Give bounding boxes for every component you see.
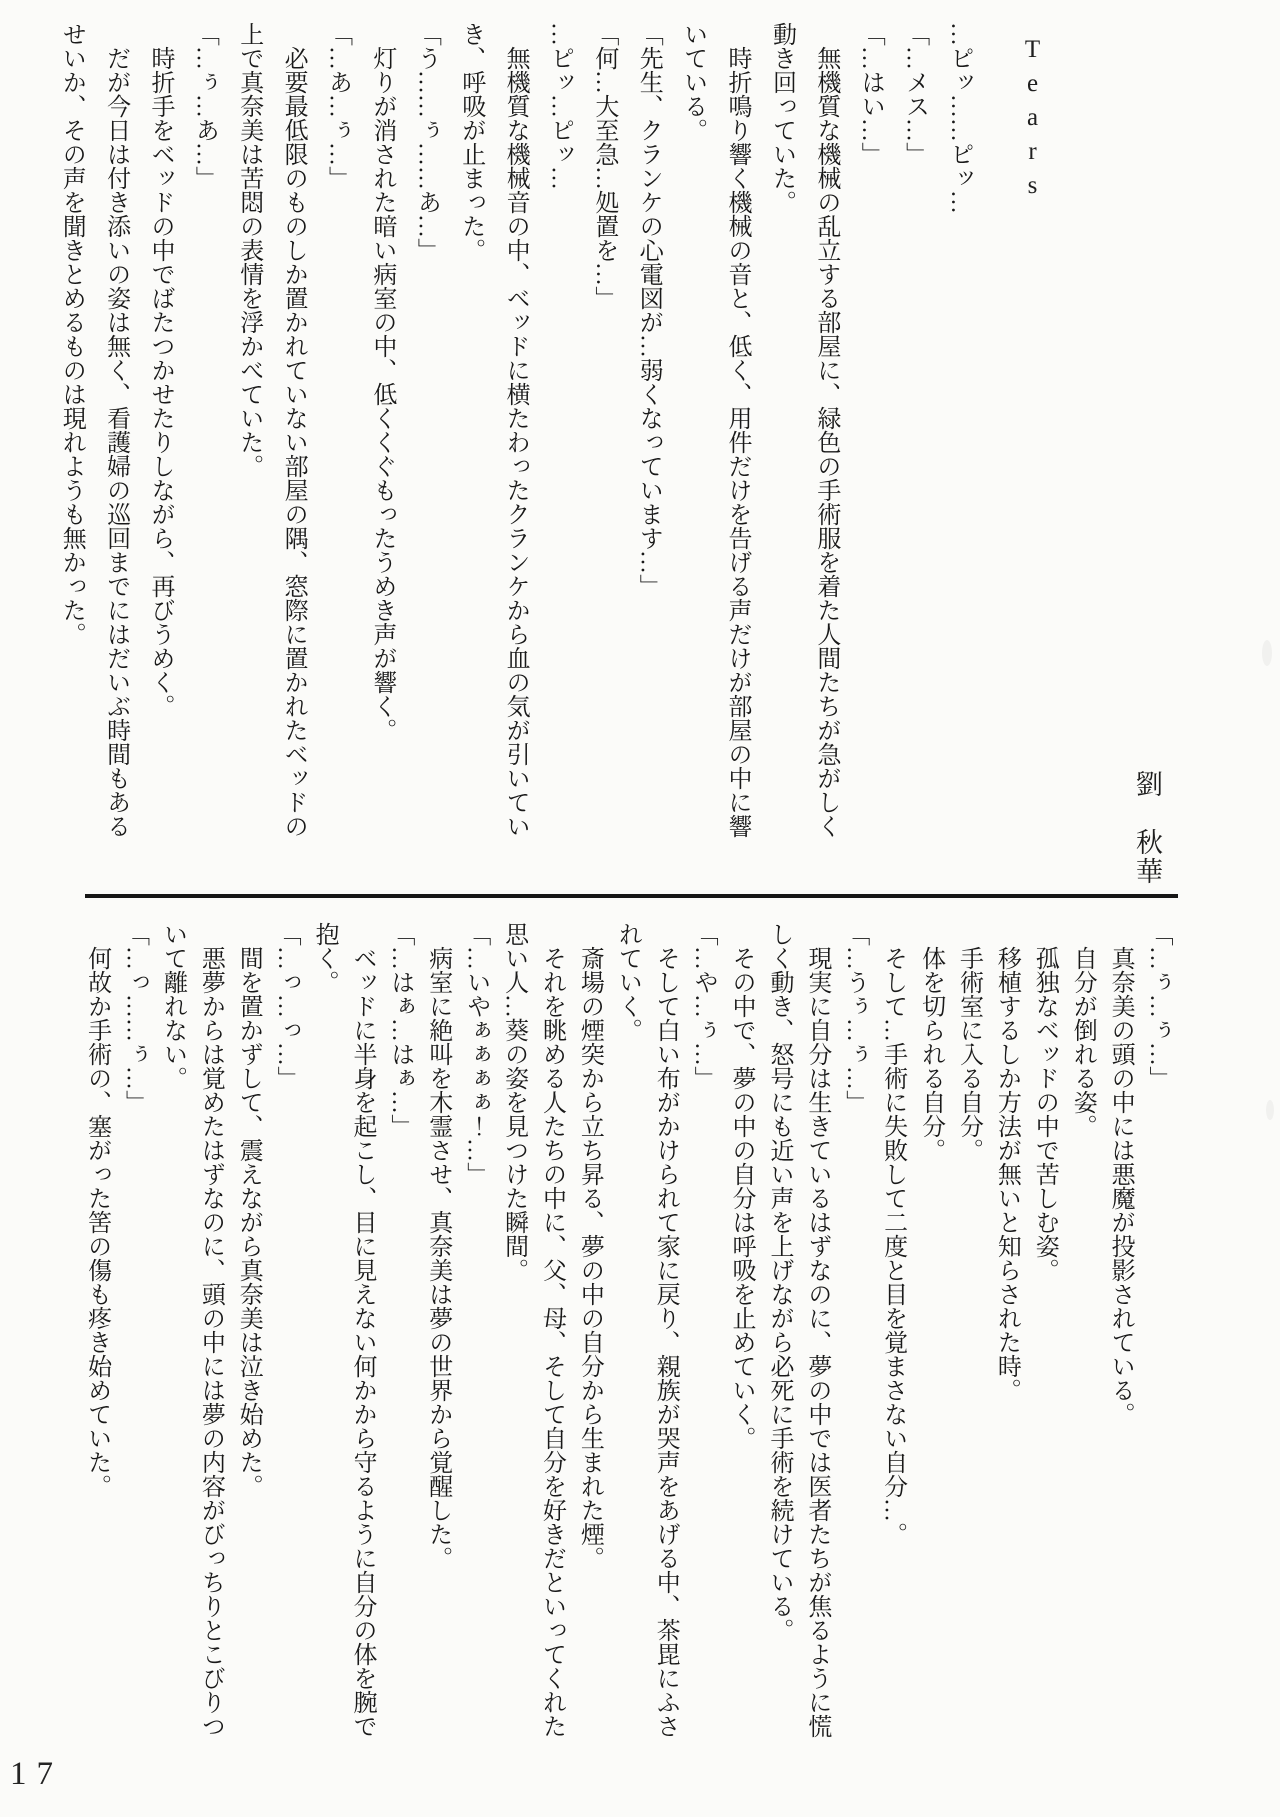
- paragraph-narration: 孤独なベッドの中で苦しむ姿。: [1024, 922, 1062, 1750]
- paragraph-sound: …ピッ…ピッ…: [537, 22, 581, 850]
- story-block-bottom: 「…ぅ…ぅ…」真奈美の頭の中には悪魔が投影されている。自分が倒れる姿。孤独なベッ…: [72, 922, 1176, 1750]
- paragraph-narration: そして白い布がかけられて家に戻り、親族が哭声をあげる中、茶毘にふされていく。: [607, 922, 683, 1750]
- paragraph-narration: ベッドに半身を起こし、目に見えない何かから守るように自分の体を腕で抱く。: [304, 922, 380, 1750]
- paragraph-dialogue: 「先生、クランケの心電図が…弱くなっています…」: [626, 22, 670, 850]
- paragraph-narration: 必要最低限のものしか置かれていない部屋の隅、窓際に置かれたベッドの上で真奈美は苦…: [226, 22, 315, 850]
- section-divider: [85, 894, 1178, 898]
- paragraph-narration: 体を切られる自分。: [911, 922, 949, 1750]
- paragraph-narration: 悪夢からは覚めたはずなのに、頭の中には夢の内容がびっちりとこびりついて離れない。: [153, 922, 229, 1750]
- paragraph-narration: 灯りが消された暗い病室の中、低くくぐもったうめき声が響く。: [360, 22, 404, 850]
- page-number: 17: [10, 1756, 63, 1793]
- paragraph-narration: 何故か手術の、塞がった筈の傷も疼き始めていた。: [77, 922, 115, 1750]
- paragraph-dialogue: 「…っ…っ…」: [266, 922, 304, 1750]
- story-title: Tears: [1018, 36, 1046, 206]
- paragraph-narration: 現実に自分は生きているはずなのに、夢の中では医者たちが焦るように慌しく動き、怒号…: [759, 922, 835, 1750]
- paragraph-narration: 手術室に入る自分。: [949, 922, 987, 1750]
- paragraph-dialogue: 「…っ……ぅ…」: [115, 922, 153, 1750]
- paragraph-narration: だが今日は付き添いの姿は無く、看護婦の巡回までにはだいぶ時間もあるせいか、その声…: [49, 22, 138, 850]
- paragraph-sound: …ピッ……ピッ…: [937, 22, 981, 850]
- scan-smudge: [1266, 1100, 1274, 1120]
- paragraph-narration: その中で、夢の中の自分は呼吸を止めていく。: [721, 922, 759, 1750]
- paragraph-dialogue: 「…はい…」: [848, 22, 892, 850]
- paragraph-dialogue: 「…ぅ…ぅ…」: [1138, 922, 1176, 1750]
- paragraph-narration: 斎場の煙突から立ち昇る、夢の中の自分から生まれた煙。: [570, 922, 608, 1750]
- paragraph-dialogue: 「…うぅ…ぅ…」: [835, 922, 873, 1750]
- paragraph-dialogue: 「…ぅ…あ…」: [182, 22, 226, 850]
- story-block-top: …ピッ……ピッ…「…メス…」「…はい…」無機質な機械の乱立する部屋に、緑色の手術…: [45, 22, 981, 850]
- paragraph-dialogue: 「…メス…」: [892, 22, 936, 850]
- paragraph-narration: それを眺める人たちの中に、父、母、そして自分を好きだといってくれた思い人…葵の姿…: [494, 922, 570, 1750]
- paragraph-narration: 移植するしか方法が無いと知らされた時。: [986, 922, 1024, 1750]
- paragraph-narration: 時折手をベッドの中でばたつかせたりしながら、再びうめく。: [138, 22, 182, 850]
- paragraph-dialogue: 「何…大至急…処置を…」: [581, 22, 625, 850]
- scanned-novel-page: Tears 劉 秋華 …ピッ……ピッ…「…メス…」「…はい…」無機質な機械の乱立…: [0, 0, 1280, 1817]
- paragraph-narration: 時折鳴り響く機械の音と、低く、用件だけを告げる声だけが部屋の中に響いている。: [670, 22, 759, 850]
- paragraph-narration: 病室に絶叫を木霊させ、真奈美は夢の世界から覚醒した。: [418, 922, 456, 1750]
- paragraph-narration: 無機質な機械音の中、ベッドに横たわったクランケから血の気が引いていき、呼吸が止ま…: [448, 22, 537, 850]
- paragraph-narration: そして…手術に失敗して二度と目を覚まさない自分…。: [873, 922, 911, 1750]
- paragraph-narration: 無機質な機械の乱立する部屋に、緑色の手術服を着た人間たちが急がしく動き回っていた…: [759, 22, 848, 850]
- paragraph-dialogue: 「…あ…ぅ…」: [315, 22, 359, 850]
- paragraph-narration: 間を置かずして、震えながら真奈美は泣き始めた。: [228, 922, 266, 1750]
- paragraph-dialogue: 「う……ぅ……あ…」: [404, 22, 448, 850]
- scan-smudge: [1262, 640, 1272, 666]
- paragraph-dialogue: 「…や…ぅ…」: [683, 922, 721, 1750]
- author-name: 劉 秋華: [1128, 770, 1167, 886]
- paragraph-dialogue: 「…はぁ…はぁ…」: [380, 922, 418, 1750]
- paragraph-narration: 自分が倒れる姿。: [1062, 922, 1100, 1750]
- paragraph-dialogue: 「…いやぁぁぁぁ！…」: [456, 922, 494, 1750]
- paragraph-narration: 真奈美の頭の中には悪魔が投影されている。: [1100, 922, 1138, 1750]
